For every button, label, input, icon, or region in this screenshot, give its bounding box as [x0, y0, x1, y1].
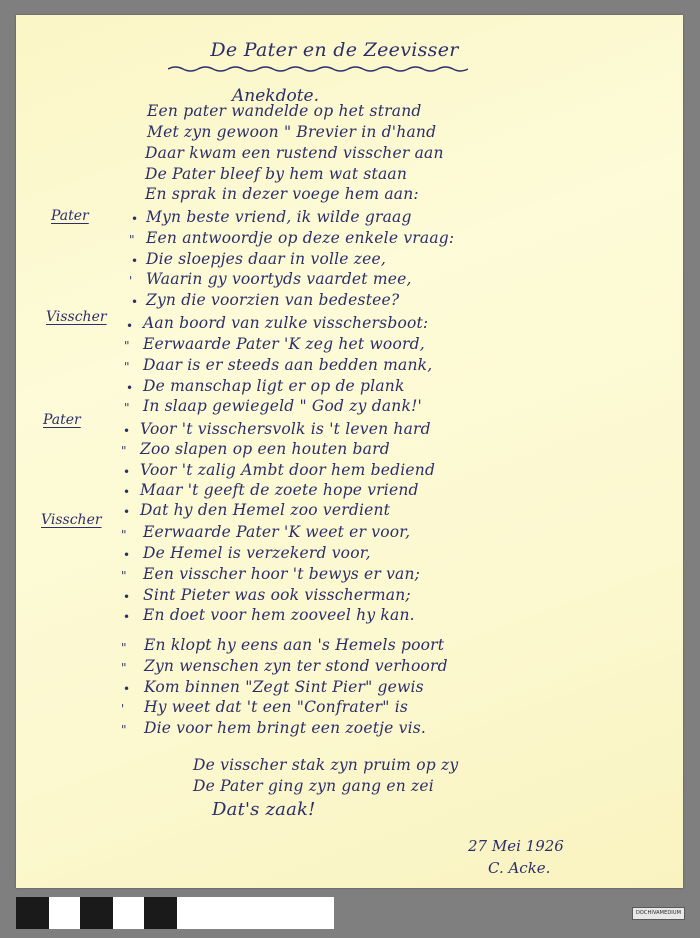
quote-marker: " [121, 569, 127, 583]
verse-line: Eerwaarde Pater 'K weet er voor, [143, 523, 410, 541]
calibration-white-swatch [177, 897, 334, 929]
quote-marker: " [121, 661, 127, 675]
quote-marker: • [126, 381, 133, 395]
verse-line: De Hemel is verzekerd voor, [143, 544, 371, 562]
verse-line: Eerwaarde Pater 'K zeg het woord, [143, 335, 425, 353]
color-calibration-bar [16, 897, 334, 929]
closing-exclamation: Dat's zaak! [212, 799, 316, 820]
quote-marker: • [123, 424, 130, 438]
verse-line: De manschap ligt er op de plank [143, 377, 405, 395]
verse-line: Zyn wenschen zyn ter stond verhoord [144, 657, 448, 675]
manuscript-page: De Pater en de Zeevisser Anekdote. Een p… [16, 15, 683, 888]
verse-line: Een visscher hoor 't bewys er van; [143, 565, 420, 583]
intro-line: De Pater bleef by hem wat staan [145, 165, 407, 183]
intro-line: Daar kwam een rustend visscher aan [145, 144, 444, 162]
verse-line: Een antwoordje op deze enkele vraag: [146, 229, 454, 247]
quote-marker: " [129, 233, 135, 247]
closing-line: De Pater ging zyn gang en zei [193, 777, 434, 795]
quote-marker: " [124, 401, 130, 415]
intro-line: Met zyn gewoon " Brevier in d'hand [147, 123, 436, 141]
verse-line: Die voor hem bringt een zoetje vis. [144, 719, 426, 737]
speaker-label: Visscher [46, 309, 107, 325]
title-wavy-underline [168, 65, 468, 73]
calibration-white-swatch [113, 897, 144, 929]
calibration-black-swatch [80, 897, 113, 929]
verse-line: Zoo slapen op een houten bard [140, 440, 390, 458]
quote-marker: • [131, 254, 138, 268]
quote-marker: • [123, 485, 130, 499]
quote-marker: " [124, 360, 130, 374]
document-date: 27 Mei 1926 [468, 837, 564, 855]
poem-title: De Pater en de Zeevisser [16, 39, 683, 61]
quote-marker: • [123, 548, 130, 562]
author-signature: C. Acke. [488, 859, 550, 877]
verse-line: En klopt hy eens aan 's Hemels poort [144, 636, 444, 654]
quote-marker: • [123, 505, 130, 519]
quote-marker: ' [129, 274, 132, 288]
verse-line: Kom binnen "Zegt Sint Pier" gewis [144, 678, 424, 696]
speaker-label: Visscher [41, 512, 102, 528]
verse-line: Die sloepjes daar in volle zee, [146, 250, 386, 268]
quote-marker: " [121, 444, 127, 458]
calibration-white-swatch [49, 897, 80, 929]
archive-badge: DOCHIVAMEDIUM [632, 907, 685, 920]
speaker-label: Pater [43, 412, 81, 428]
quote-marker: • [131, 212, 138, 226]
quote-marker: " [124, 339, 130, 353]
verse-line: Voor 't zalig Ambt door hem bediend [140, 461, 435, 479]
quote-marker: ' [121, 702, 124, 716]
calibration-black-swatch [144, 897, 177, 929]
quote-marker: " [121, 723, 127, 737]
quote-marker: • [123, 610, 130, 624]
verse-line: Hy weet dat 't een "Confrater" is [144, 698, 408, 716]
verse-line: Aan boord van zulke visschersboot: [143, 314, 428, 332]
quote-marker: • [123, 465, 130, 479]
verse-line: Sint Pieter was ook visscherman; [143, 586, 411, 604]
closing-line: De visscher stak zyn pruim op zy [193, 756, 458, 774]
intro-line: En sprak in dezer voege hem aan: [145, 185, 419, 203]
calibration-black-swatch [16, 897, 49, 929]
verse-line: Dat hy den Hemel zoo verdient [140, 501, 390, 519]
verse-line: In slaap gewiegeld " God zy dank!' [143, 397, 422, 415]
verse-line: Zyn die voorzien van bedestee? [146, 291, 399, 309]
quote-marker: " [121, 641, 127, 655]
verse-line: Daar is er steeds aan bedden mank, [143, 356, 432, 374]
verse-line: Myn beste vriend, ik wilde graag [146, 208, 412, 226]
quote-marker: • [126, 319, 133, 333]
verse-line: Voor 't visschersvolk is 't leven hard [140, 420, 431, 438]
verse-line: En doet voor hem zooveel hy kan. [143, 606, 415, 624]
quote-marker: • [123, 590, 130, 604]
verse-line: Maar 't geeft de zoete hope vriend [140, 481, 419, 499]
quote-marker: • [123, 682, 130, 696]
verse-line: Waarin gy voortyds vaardet mee, [146, 270, 412, 288]
quote-marker: • [131, 295, 138, 309]
speaker-label: Pater [51, 208, 89, 224]
intro-line: Een pater wandelde op het strand [147, 102, 422, 120]
quote-marker: " [121, 528, 127, 542]
